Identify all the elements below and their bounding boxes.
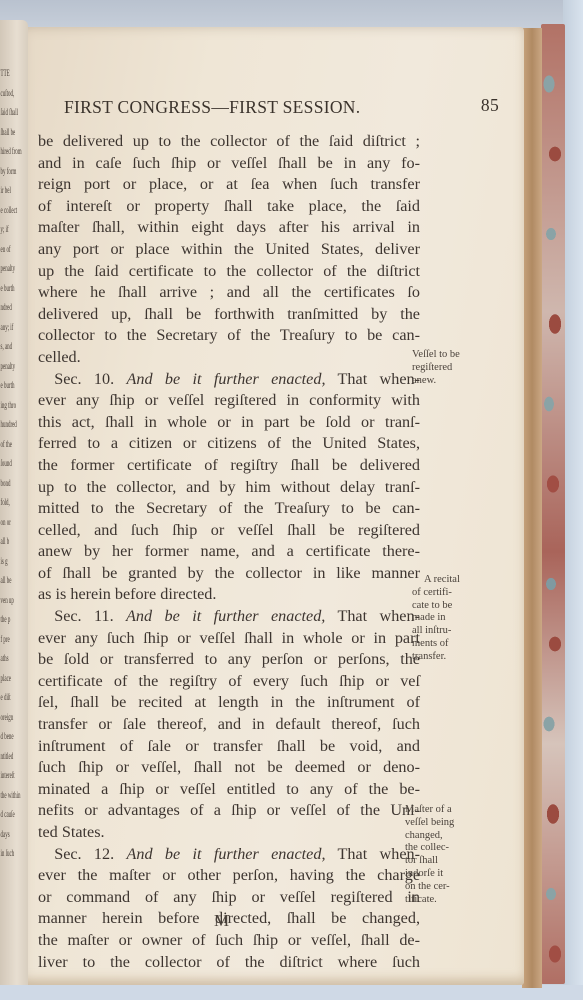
facing-page-fragment: aths xyxy=(0,649,22,669)
text-line: and in caſe ſuch ſhip or veſſel ſhall be… xyxy=(38,153,420,175)
text-line: the former certificate of regiſtry ſhall… xyxy=(38,455,420,477)
text-line: as is herein before directed. xyxy=(38,584,420,606)
text-line: of intereſt or property ſhall take place… xyxy=(38,196,420,218)
note-line: cate to be xyxy=(412,600,492,613)
marginal-note-sec-11: A recital of certifi- cate to be made in… xyxy=(412,574,492,664)
note-line: tor ſhall xyxy=(405,855,485,868)
facing-page-fragment: place xyxy=(0,669,22,689)
text-line: mitted to the Secretary of the Treaſury … xyxy=(38,498,420,520)
facing-page-fragment: the within xyxy=(0,786,22,806)
text-line: ferred to a citizen or citizens of the U… xyxy=(38,433,420,455)
continued-paragraph: be delivered up to the collector of the … xyxy=(38,131,420,369)
facing-page-fragment: e burth xyxy=(0,376,22,396)
enacting-clause: And be it further enacted, xyxy=(127,370,326,388)
facing-page-fragment: ndred xyxy=(0,298,22,318)
facing-page-fragment: ven up xyxy=(0,591,22,611)
page-number: 85 xyxy=(481,95,499,116)
note-line: regiſtered xyxy=(412,362,492,375)
section-heading-line: Sec. 11. And be it further enacted, That… xyxy=(38,606,420,628)
note-line: indorſe it xyxy=(405,868,485,881)
text-line: celled, and ſuch ſhip or veſſel ſhall be… xyxy=(38,520,420,542)
text-line: the maſter or owner of ſuch ſhip or veſſ… xyxy=(38,930,420,952)
facing-page-fragment: e burth xyxy=(0,279,22,299)
facing-page-fragment: oreign xyxy=(0,708,22,728)
text-line: ſel, ſhall be recited at length in the i… xyxy=(38,692,420,714)
facing-page-fragment: ntitled xyxy=(0,747,22,767)
facing-page-fragment: intereſt xyxy=(0,766,22,786)
facing-page-fragment: of the xyxy=(0,435,22,455)
signature-mark: M xyxy=(214,911,229,931)
note-line: made in xyxy=(412,612,492,625)
text-fragment: That when- xyxy=(338,370,420,388)
text-line: be delivered up to the collector of the … xyxy=(38,131,420,153)
facing-page-fragment: f pre xyxy=(0,630,22,650)
section-12: Sec. 12. And be it further enacted, That… xyxy=(38,844,420,974)
book-page: FIRST CONGRESS—FIRST SESSION. 85 be deli… xyxy=(14,27,524,985)
facing-page-fragment: fold, xyxy=(0,493,22,513)
facing-page-fragment: hired from xyxy=(0,142,22,162)
text-line: minated a ſhip or veſſel entitled to any… xyxy=(38,779,420,801)
facing-page-fragment: e diſt xyxy=(0,688,22,708)
text-line: anew by her former name, and a certifica… xyxy=(38,541,420,563)
facing-page-fragment: on or xyxy=(0,513,22,533)
facing-page-fragment: ſound xyxy=(0,454,22,474)
facing-page-fragment: d bene xyxy=(0,727,22,747)
facing-page-fragment: ing thro xyxy=(0,396,22,416)
text-line: ever any ſuch ſhip or veſſel ſhall in wh… xyxy=(38,628,420,650)
text-line: up the ſaid certificate to the collector… xyxy=(38,261,420,283)
background-right xyxy=(563,0,583,1000)
facing-page-fragment: e collect xyxy=(0,201,22,221)
enacting-clause: And be it further enacted, xyxy=(127,845,326,863)
facing-page-fragment: TTE xyxy=(0,64,22,84)
enacting-clause: And be it further enacted, xyxy=(126,607,325,625)
section-number: Sec. 11. xyxy=(54,607,113,625)
facing-page-fragment: ir bel xyxy=(0,181,22,201)
facing-page-fragment: by form xyxy=(0,162,22,182)
section-heading-line: Sec. 10. And be it further enacted, That… xyxy=(38,369,420,391)
facing-page-fragment: d cauſe xyxy=(0,805,22,825)
text-line: reign port or place, or at ſea when ſuch… xyxy=(38,174,420,196)
note-line: anew. xyxy=(412,375,492,388)
background-bottom xyxy=(0,985,583,1000)
section-number: Sec. 12. xyxy=(54,845,114,863)
text-line: inſtrument of ſale or transfer ſhall be … xyxy=(38,736,420,758)
background-top xyxy=(0,0,583,30)
section-heading-line: Sec. 12. And be it further enacted, That… xyxy=(38,844,420,866)
note-line: on the cer- xyxy=(405,881,485,894)
note-line: transfer. xyxy=(412,651,492,664)
note-line: ments of xyxy=(412,638,492,651)
facing-page-fragment: is g xyxy=(0,552,22,572)
note-line: all inſtru- xyxy=(412,625,492,638)
text-line: ſuch ſhip or veſſel, ſhall not be deemed… xyxy=(38,757,420,779)
facing-page-fragment: hundred xyxy=(0,415,22,435)
section-10: Sec. 10. And be it further enacted, That… xyxy=(38,369,420,607)
facing-page-fragment: in ſuch xyxy=(0,844,22,864)
text-line: certificate of the regiſtry of every ſuc… xyxy=(38,671,420,693)
marbled-board xyxy=(541,24,565,984)
facing-page-fragment: cuſtod, xyxy=(0,84,22,104)
text-line: liver to the collector of the diſtrict w… xyxy=(38,952,420,974)
text-line: where he ſhall arrive ; and all the cert… xyxy=(38,282,420,304)
text-line: maſter ſhall, within eight days after hi… xyxy=(38,217,420,239)
note-line: A recital xyxy=(412,574,492,587)
note-line: Maſter of a xyxy=(405,804,485,817)
facing-page-fragment: any; if xyxy=(0,318,22,338)
page-edge-block xyxy=(522,28,542,988)
body-text: be delivered up to the collector of the … xyxy=(38,131,420,973)
facing-page-fragment: bond xyxy=(0,474,22,494)
note-line: veſſel being xyxy=(405,817,485,830)
text-line: ever the maſter or other perſon, having … xyxy=(38,865,420,887)
marginal-note-sec-10: Veſſel to be regiſtered anew. xyxy=(412,349,492,387)
text-line: ever any ſhip or veſſel regiſtered in co… xyxy=(38,390,420,412)
text-line: delivered up, ſhall be forthwith tranſmi… xyxy=(38,304,420,326)
text-line: this act, ſhall in whole or in part be ſ… xyxy=(38,412,420,434)
note-line: of certifi- xyxy=(412,587,492,600)
text-line: celled. xyxy=(38,347,420,369)
facing-page-fragment: ſaid ſhall xyxy=(0,103,22,123)
facing-page-fragment: en of xyxy=(0,240,22,260)
note-line: changed, xyxy=(405,830,485,843)
text-line: collector to the Secretary of the Treaſu… xyxy=(38,325,420,347)
facing-page-curl: TTEcuſtod,ſaid ſhallſhall behired fromby… xyxy=(0,20,28,985)
facing-page-fragment: penalty xyxy=(0,259,22,279)
text-line: any port or place within the United Stat… xyxy=(38,239,420,261)
facing-page-fragment: the p xyxy=(0,610,22,630)
marginal-note-sec-12: Maſter of a veſſel being changed, the co… xyxy=(405,804,485,906)
text-line: or command of any ſhip or veſſel regiſte… xyxy=(38,887,420,909)
text-fragment: That when- xyxy=(337,607,420,625)
text-line: of ſhall be granted by the collector in … xyxy=(38,563,420,585)
facing-page-fragment: days xyxy=(0,825,22,845)
note-line: tificate. xyxy=(405,894,485,907)
facing-page-fragment: y; if xyxy=(0,220,22,240)
section-11: Sec. 11. And be it further enacted, That… xyxy=(38,606,420,844)
text-line: up to the collector, and by him without … xyxy=(38,477,420,499)
facing-page-fragment: all b xyxy=(0,532,22,552)
text-line: transfer or ſale thereof, and in default… xyxy=(38,714,420,736)
note-line: Veſſel to be xyxy=(412,349,492,362)
running-title: FIRST CONGRESS—FIRST SESSION. xyxy=(64,97,360,118)
facing-page-fragment: penalty xyxy=(0,357,22,377)
facing-page-fragment: all be xyxy=(0,571,22,591)
text-line: ted States. xyxy=(38,822,420,844)
facing-page-fragments: TTEcuſtod,ſaid ſhallſhall behired fromby… xyxy=(0,64,28,864)
facing-page-fragment: s, and xyxy=(0,337,22,357)
text-line: nefits or advantages of a ſhip or veſſel… xyxy=(38,800,420,822)
facing-page-fragment: ſhall be xyxy=(0,123,22,143)
text-line: be ſold or transferred to any perſon or … xyxy=(38,649,420,671)
note-line: the collec- xyxy=(405,842,485,855)
section-number: Sec. 10. xyxy=(54,370,114,388)
